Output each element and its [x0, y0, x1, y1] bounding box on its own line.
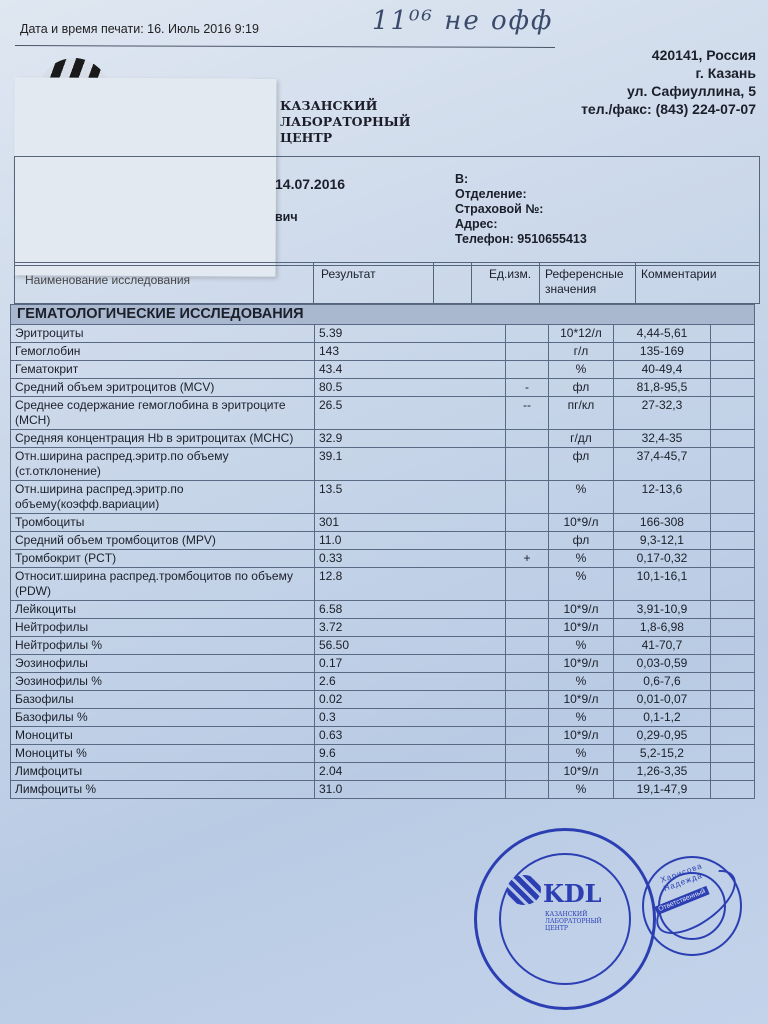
test-name: Отн.ширина распред.эритр.по объему (ст.о… — [11, 448, 315, 481]
address-line: 420141, Россия — [581, 46, 756, 64]
test-name: Среднее содержание гемоглобина в эритроц… — [11, 397, 315, 430]
stamp-logo: KDL — [543, 879, 602, 908]
test-name: Моноциты % — [11, 745, 315, 763]
flag — [505, 430, 548, 448]
test-name: Эозинофилы — [11, 655, 315, 673]
kdl-globe-icon — [507, 875, 541, 905]
flag — [505, 619, 548, 637]
flag — [505, 709, 548, 727]
flag — [505, 727, 548, 745]
divider — [313, 263, 314, 303]
table-header: Наименование исследования Результат Ед.и… — [14, 262, 760, 304]
comment — [710, 601, 754, 619]
comment — [710, 430, 754, 448]
comment — [710, 379, 754, 397]
comment — [710, 709, 754, 727]
unit: % — [548, 568, 613, 601]
sample-date: 14.07.2016 — [275, 176, 345, 192]
flag — [505, 325, 548, 343]
unit: фл — [548, 532, 613, 550]
comment — [710, 514, 754, 532]
unit: % — [548, 709, 613, 727]
unit: 10*9/л — [548, 655, 613, 673]
flag — [505, 763, 548, 781]
table-row: Средний объем тромбоцитов (MPV)11.0фл9,3… — [11, 532, 755, 550]
address-line: ул. Сафиуллина, 5 — [581, 82, 756, 100]
test-name: Гемоглобин — [11, 343, 315, 361]
result-value: 2.6 — [315, 673, 506, 691]
results-table: ГЕМАТОЛОГИЧЕСКИЕ ИССЛЕДОВАНИЯ Эритроциты… — [10, 304, 755, 799]
reference-range: 10,1-16,1 — [613, 568, 710, 601]
result-value: 56.50 — [315, 637, 506, 655]
field-department: Отделение: — [455, 187, 587, 202]
unit: % — [548, 673, 613, 691]
test-name: Средний объем эритроцитов (MCV) — [11, 379, 315, 397]
test-name: Эозинофилы % — [11, 673, 315, 691]
unit: 10*9/л — [548, 514, 613, 532]
table-row: Отн.ширина распред.эритр.по объему (ст.о… — [11, 448, 755, 481]
table-row: Лимфоциты %31.0%19,1-47,9 — [11, 781, 755, 799]
reference-range: 0,29-0,95 — [613, 727, 710, 745]
test-name: Нейтрофилы % — [11, 637, 315, 655]
flag — [505, 655, 548, 673]
result-value: 80.5 — [315, 379, 506, 397]
reference-range: 135-169 — [613, 343, 710, 361]
field-insurance: Страховой №: — [455, 202, 587, 217]
unit: фл — [548, 379, 613, 397]
flag — [505, 691, 548, 709]
reference-range: 27-32,3 — [613, 397, 710, 430]
comment — [710, 691, 754, 709]
result-value: 32.9 — [315, 430, 506, 448]
comment — [710, 325, 754, 343]
lab-name: КАЗАНСКИЙ ЛАБОРАТОРНЫЙ ЦЕНТР — [280, 98, 411, 146]
unit: % — [548, 550, 613, 568]
table-row: Нейтрофилы %56.50%41-70,7 — [11, 637, 755, 655]
comment — [710, 568, 754, 601]
table-row: Тромбокрит (PCT)0.33+%0,17-0,32 — [11, 550, 755, 568]
flag — [505, 532, 548, 550]
result-value: 2.04 — [315, 763, 506, 781]
reference-range: 4,44-5,61 — [613, 325, 710, 343]
print-datetime: Дата и время печати: 16. Июль 2016 9:19 — [20, 22, 259, 36]
comment — [710, 727, 754, 745]
test-name: Лейкоциты — [11, 601, 315, 619]
reference-range: 0,03-0,59 — [613, 655, 710, 673]
table-row: Нейтрофилы3.7210*9/л1,8-6,98 — [11, 619, 755, 637]
result-value: 143 — [315, 343, 506, 361]
test-name: Отн.ширина распред.эритр.по объему(коэфф… — [11, 481, 315, 514]
header-reference: Референсные значения — [545, 267, 641, 297]
result-value: 13.5 — [315, 481, 506, 514]
result-value: 9.6 — [315, 745, 506, 763]
table-row: Эозинофилы0.1710*9/л0,03-0,59 — [11, 655, 755, 673]
section-header: ГЕМАТОЛОГИЧЕСКИЕ ИССЛЕДОВАНИЯ — [11, 305, 755, 325]
reference-range: 0,01-0,07 — [613, 691, 710, 709]
reference-range: 5,2-15,2 — [613, 745, 710, 763]
patient-fields: В: Отделение: Страховой №: Адрес: Телефо… — [455, 172, 587, 247]
result-value: 11.0 — [315, 532, 506, 550]
unit: 10*9/л — [548, 601, 613, 619]
reference-range: 0,17-0,32 — [613, 550, 710, 568]
result-value: 0.63 — [315, 727, 506, 745]
table-row: Гематокрит43.4%40-49,4 — [11, 361, 755, 379]
header-unit: Ед.изм. — [489, 267, 531, 281]
flag — [505, 601, 548, 619]
section-title: ГЕМАТОЛОГИЧЕСКИЕ ИССЛЕДОВАНИЯ — [11, 305, 755, 325]
address-phone: тел./факс: (843) 224-07-07 — [581, 100, 756, 118]
unit: фл — [548, 448, 613, 481]
header-divider — [15, 45, 555, 48]
result-value: 39.1 — [315, 448, 506, 481]
table-row: Отн.ширина распред.эритр.по объему(коэфф… — [11, 481, 755, 514]
reference-range: 40-49,4 — [613, 361, 710, 379]
result-value: 43.4 — [315, 361, 506, 379]
comment — [710, 745, 754, 763]
unit: % — [548, 781, 613, 799]
lab-stamp: KDL КАЗАНСКИЙ ЛАБОРАТОРНЫЙ ЦЕНТР — [474, 828, 656, 1010]
divider — [471, 263, 472, 303]
reference-range: 1,8-6,98 — [613, 619, 710, 637]
comment — [710, 655, 754, 673]
reference-range: 1,26-3,35 — [613, 763, 710, 781]
result-value: 0.17 — [315, 655, 506, 673]
test-name: Лимфоциты — [11, 763, 315, 781]
unit: 10*9/л — [548, 763, 613, 781]
result-value: 26.5 — [315, 397, 506, 430]
lab-name-line: ЛАБОРАТОРНЫЙ — [280, 114, 411, 130]
table-row: Моноциты %9.6%5,2-15,2 — [11, 745, 755, 763]
patient-info-box — [14, 156, 760, 266]
comment — [710, 673, 754, 691]
table-row: Базофилы %0.3%0,1-1,2 — [11, 709, 755, 727]
flag — [505, 514, 548, 532]
flag — [505, 781, 548, 799]
stamp-subtitle: КАЗАНСКИЙ ЛАБОРАТОРНЫЙ ЦЕНТР — [545, 911, 605, 932]
unit: 10*9/л — [548, 727, 613, 745]
divider — [433, 263, 434, 303]
table-row: Среднее содержание гемоглобина в эритроц… — [11, 397, 755, 430]
reference-range: 41-70,7 — [613, 637, 710, 655]
unit: 10*9/л — [548, 619, 613, 637]
table-row: Лимфоциты2.0410*9/л1,26-3,35 — [11, 763, 755, 781]
test-name: Моноциты — [11, 727, 315, 745]
reference-range: 0,1-1,2 — [613, 709, 710, 727]
field-address: Адрес: — [455, 217, 587, 232]
comment — [710, 532, 754, 550]
field-v: В: — [455, 172, 587, 187]
reference-range: 0,6-7,6 — [613, 673, 710, 691]
reference-range: 166-308 — [613, 514, 710, 532]
result-value: 6.58 — [315, 601, 506, 619]
result-value: 0.33 — [315, 550, 506, 568]
lab-name-line: ЦЕНТР — [280, 130, 411, 146]
unit: г/л — [548, 343, 613, 361]
table-row: Тромбоциты30110*9/л166-308 — [11, 514, 755, 532]
flag — [505, 745, 548, 763]
flag — [505, 448, 548, 481]
divider — [539, 263, 540, 303]
flag — [505, 637, 548, 655]
test-name: Тромбоциты — [11, 514, 315, 532]
table-row: Лейкоциты6.5810*9/л3,91-10,9 — [11, 601, 755, 619]
comment — [710, 448, 754, 481]
result-value: 301 — [315, 514, 506, 532]
test-name: Нейтрофилы — [11, 619, 315, 637]
flag — [505, 481, 548, 514]
comment — [710, 343, 754, 361]
result-value: 0.3 — [315, 709, 506, 727]
test-name: Лимфоциты % — [11, 781, 315, 799]
unit: 10*9/л — [548, 691, 613, 709]
result-value: 31.0 — [315, 781, 506, 799]
table-row: Относит.ширина распред.тромбоцитов по об… — [11, 568, 755, 601]
unit: пг/кл — [548, 397, 613, 430]
table-row: Моноциты0.6310*9/л0,29-0,95 — [11, 727, 755, 745]
reference-range: 19,1-47,9 — [613, 781, 710, 799]
result-value: 0.02 — [315, 691, 506, 709]
test-name: Базофилы — [11, 691, 315, 709]
reference-range: 9,3-12,1 — [613, 532, 710, 550]
result-value: 3.72 — [315, 619, 506, 637]
test-name: Относит.ширина распред.тромбоцитов по об… — [11, 568, 315, 601]
header-comments: Комментарии — [641, 267, 717, 281]
flag: -- — [505, 397, 548, 430]
flag — [505, 361, 548, 379]
table-row: Средний объем эритроцитов (MCV)80.5-фл81… — [11, 379, 755, 397]
test-name: Средний объем тромбоцитов (MPV) — [11, 532, 315, 550]
handwritten-note: 11⁰⁶ не офф — [372, 6, 553, 36]
flag — [505, 673, 548, 691]
field-phone: Телефон: 9510655413 — [455, 232, 587, 247]
comment — [710, 781, 754, 799]
unit: 10*12/л — [548, 325, 613, 343]
test-name: Эритроциты — [11, 325, 315, 343]
reference-range: 3,91-10,9 — [613, 601, 710, 619]
comment — [710, 550, 754, 568]
header-result: Результат — [321, 267, 376, 281]
unit: % — [548, 637, 613, 655]
unit: г/дл — [548, 430, 613, 448]
unit: % — [548, 745, 613, 763]
lab-address: 420141, Россия г. Казань ул. Сафиуллина,… — [581, 46, 756, 118]
table-row: Эритроциты5.3910*12/л4,44-5,61 — [11, 325, 755, 343]
comment — [710, 637, 754, 655]
comment — [710, 763, 754, 781]
table-row: Средняя концентрация Hb в эритроцитах (M… — [11, 430, 755, 448]
patient-name-fragment: вич — [275, 210, 298, 224]
flag: - — [505, 379, 548, 397]
table-row: Гемоглобин143г/л135-169 — [11, 343, 755, 361]
table-row: Эозинофилы %2.6%0,6-7,6 — [11, 673, 755, 691]
test-name: Гематокрит — [11, 361, 315, 379]
address-line: г. Казань — [581, 64, 756, 82]
header-test-name: Наименование исследования — [25, 273, 190, 287]
comment — [710, 619, 754, 637]
lab-name-line: КАЗАНСКИЙ — [280, 98, 411, 114]
reference-range: 81,8-95,5 — [613, 379, 710, 397]
comment — [710, 397, 754, 430]
unit: % — [548, 361, 613, 379]
reference-range: 32,4-35 — [613, 430, 710, 448]
result-value: 5.39 — [315, 325, 506, 343]
flag — [505, 343, 548, 361]
flag — [505, 568, 548, 601]
test-name: Средняя концентрация Hb в эритроцитах (M… — [11, 430, 315, 448]
reference-range: 37,4-45,7 — [613, 448, 710, 481]
comment — [710, 481, 754, 514]
test-name: Тромбокрит (PCT) — [11, 550, 315, 568]
reference-range: 12-13,6 — [613, 481, 710, 514]
unit: % — [548, 481, 613, 514]
comment — [710, 361, 754, 379]
table-row: Базофилы0.0210*9/л0,01-0,07 — [11, 691, 755, 709]
result-value: 12.8 — [315, 568, 506, 601]
divider — [635, 263, 636, 303]
flag: + — [505, 550, 548, 568]
test-name: Базофилы % — [11, 709, 315, 727]
